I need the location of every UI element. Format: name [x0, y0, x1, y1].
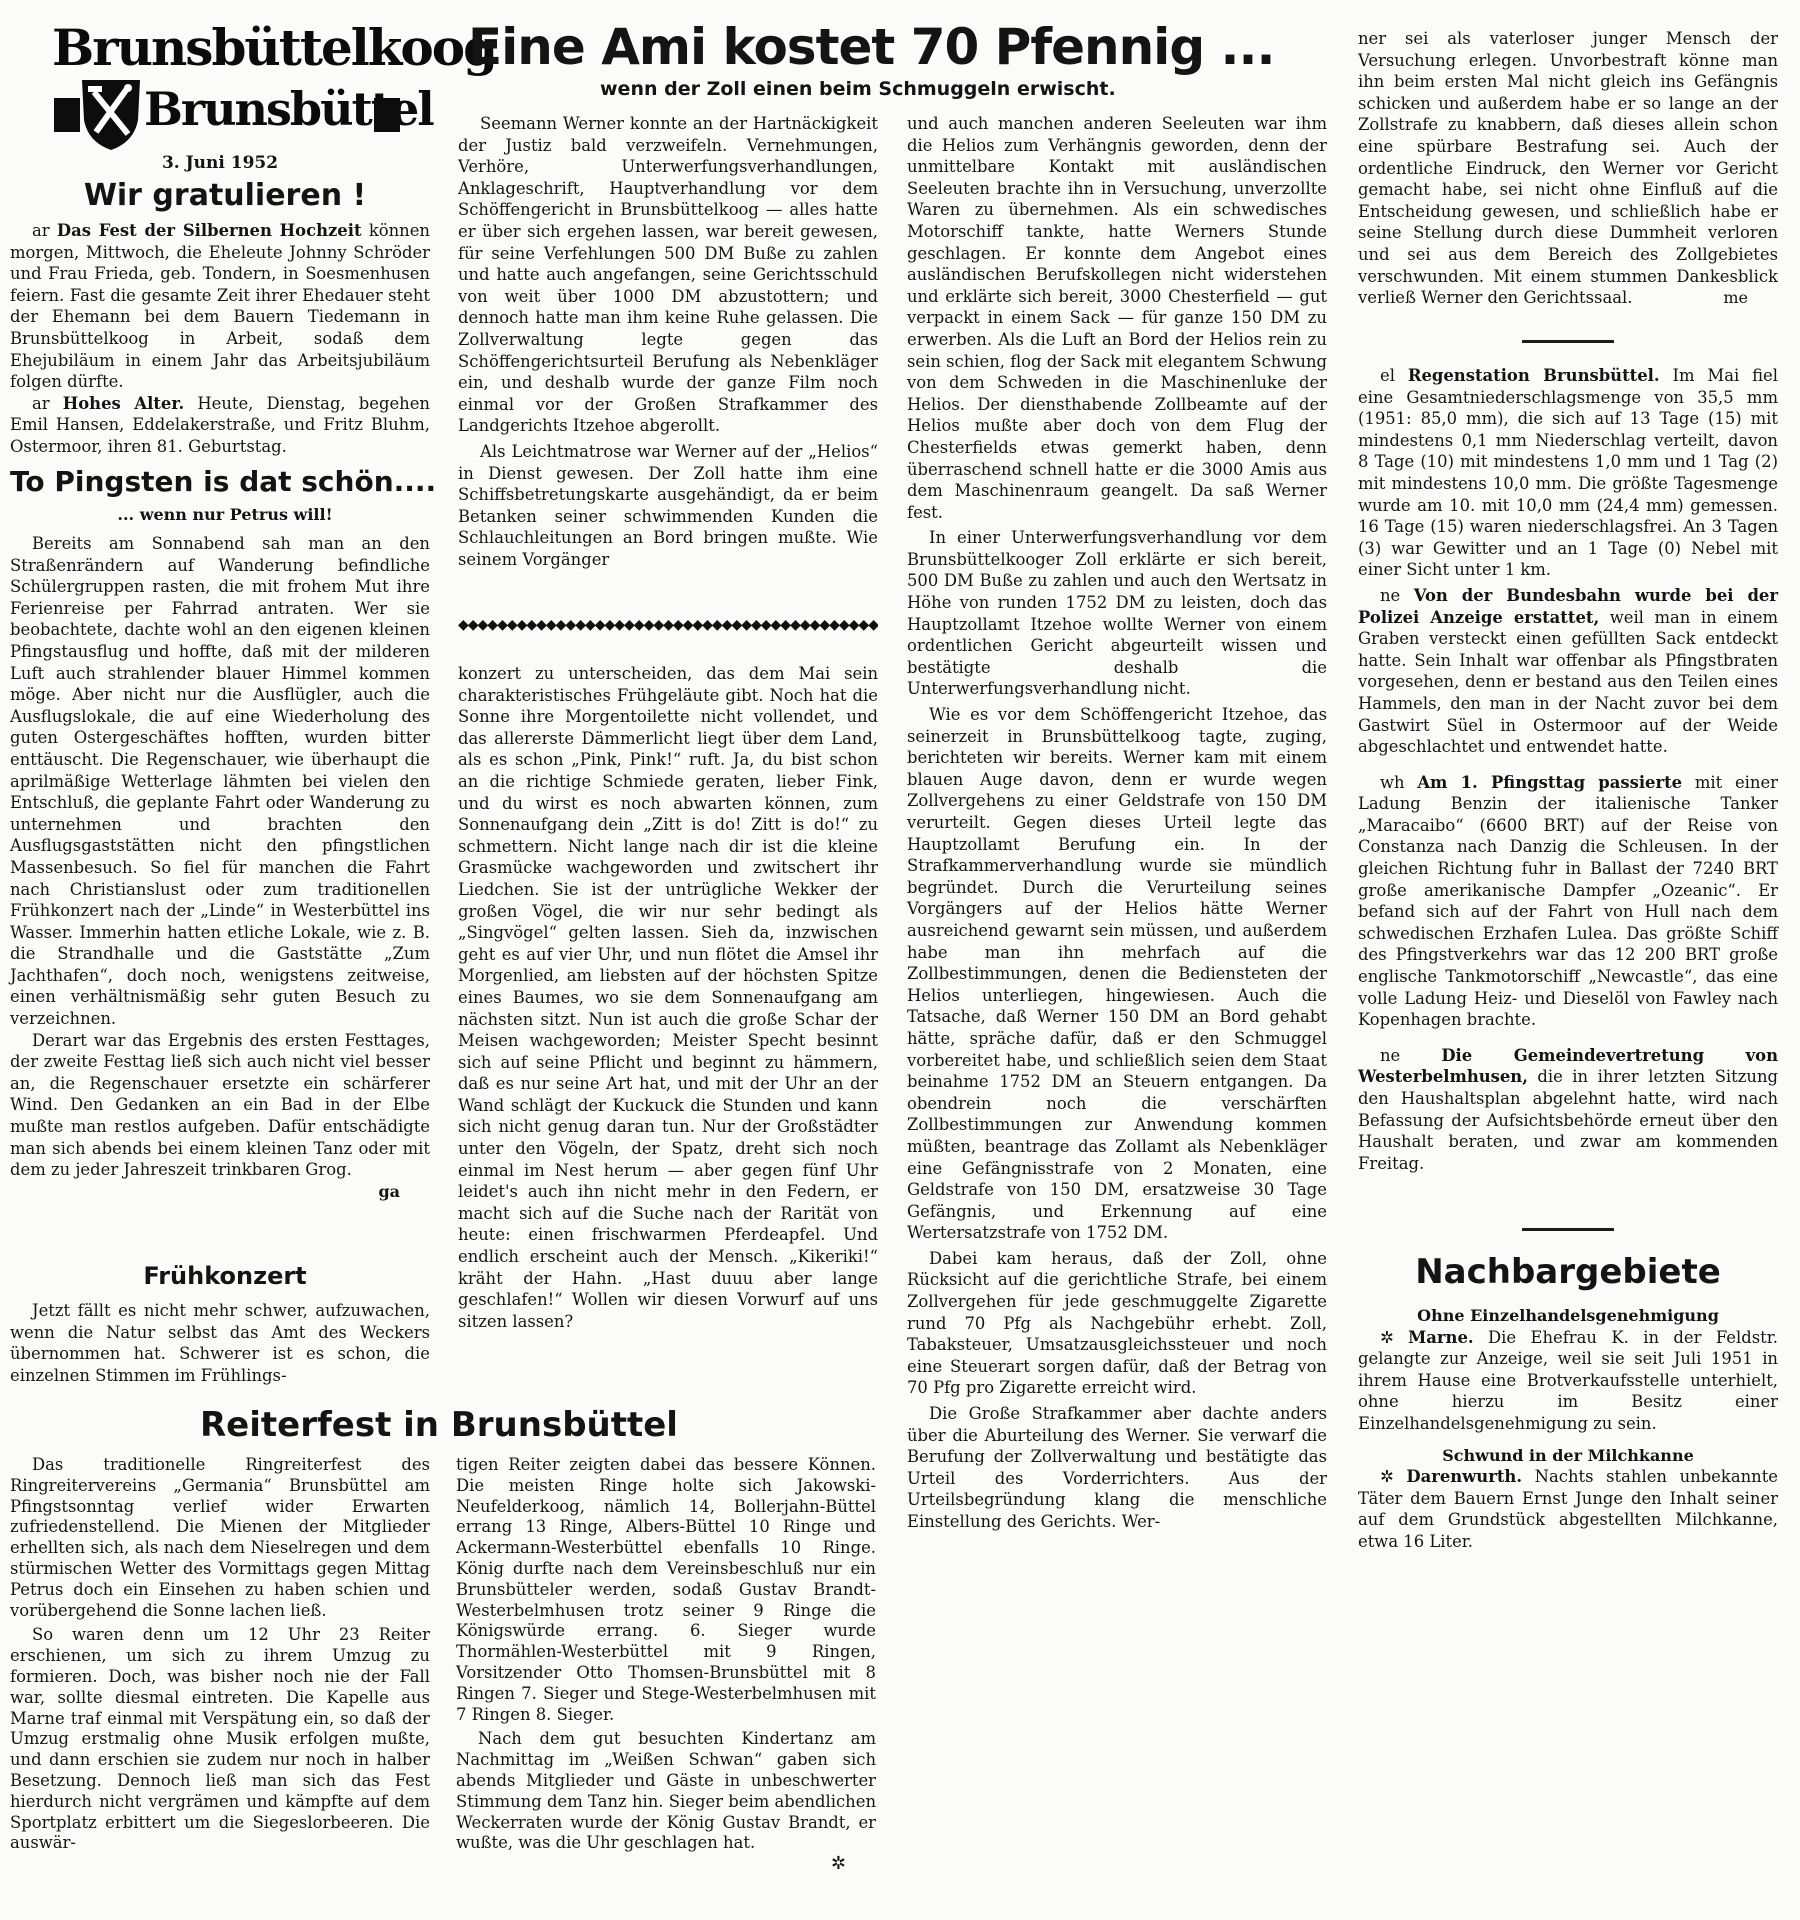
- ami-col-3: ner sei als vaterloser junger Mensch der…: [1358, 28, 1778, 308]
- end-mark-icon: ✲: [456, 1854, 876, 1875]
- local-news: el Regenstation Brunsbüttel. Im Mai fiel…: [1358, 365, 1778, 1174]
- diamond-divider: ◆◆◆◆◆◆◆◆◆◆◆◆◆◆◆◆◆◆◆◆◆◆◆◆◆◆◆◆◆◆◆◆◆◆◆◆◆◆◆◆…: [458, 617, 878, 633]
- headline-pingsten: To Pingsten is dat schön....: [10, 465, 440, 498]
- star-icon: ✲: [1380, 1328, 1394, 1347]
- article-paragraph: Derart war das Ergebnis des ersten Festt…: [10, 1030, 430, 1181]
- section-rule: [1522, 1228, 1614, 1231]
- ami-col-1: Seemann Werner konnte an der Hartnäckigk…: [458, 113, 878, 570]
- nachbar-body: Ohne Einzelhandelsgenehmigung ✲ Marne. D…: [1358, 1305, 1778, 1553]
- news-item: wh Am 1. Pfingsttag passierte mit einer …: [1358, 772, 1778, 1031]
- article-paragraph: und auch manchen anderen Seeleuten war i…: [907, 113, 1327, 523]
- fruehkonzert-body-part1: Jetzt fällt es nicht mehr schwer, aufzuw…: [10, 1300, 430, 1386]
- news-item: ne Von der Bundesbahn wurde bei der Poli…: [1358, 585, 1778, 758]
- banner-left: [54, 98, 80, 132]
- author-initials: ga: [10, 1181, 430, 1203]
- fruehkonzert-body-part2: konzert zu unterscheiden, das dem Mai se…: [458, 663, 878, 1332]
- headline-ami: Eine Ami kostet 70 Pfennig ...: [468, 18, 1338, 76]
- news-item: ✲ Marne. Die Ehefrau K. in der Feldstr. …: [1358, 1327, 1778, 1435]
- news-item: el Regenstation Brunsbüttel. Im Mai fiel…: [1358, 365, 1778, 581]
- masthead: Brunsbüttelkoog Brunsbüttel: [40, 18, 400, 148]
- news-item: ne Die Gemeindevertretung von Westerbelm…: [1358, 1045, 1778, 1175]
- gratulieren-body: ar Das Fest der Silbernen Hochzeit könne…: [10, 220, 430, 458]
- headline-nachbargebiete: Nachbargebiete: [1358, 1252, 1778, 1292]
- headline-reiterfest: Reiterfest in Brunsbüttel: [200, 1405, 720, 1445]
- pingsten-body: Bereits am Sonnabend sah man an den Stra…: [10, 533, 430, 1202]
- headline-fruehkonzert: Frühkonzert: [10, 1262, 440, 1290]
- news-subheading: Schwund in der Milchkanne: [1358, 1445, 1778, 1467]
- banner-right: [374, 98, 400, 132]
- subheadline-ami: wenn der Zoll einen beim Schmuggeln erwi…: [600, 78, 1200, 100]
- article-paragraph: Als Leichtmatrose war Werner auf der „He…: [458, 441, 878, 571]
- headline-gratulieren: Wir gratulieren !: [10, 178, 440, 213]
- article-paragraph: Seemann Werner konnte an der Hartnäckigk…: [458, 113, 878, 437]
- section-rule: [1522, 340, 1614, 343]
- issue-date: 3. Juni 1952: [40, 153, 400, 173]
- masthead-line-1: Brunsbüttelkoog: [52, 18, 392, 77]
- article-paragraph: Dabei kam heraus, daß der Zoll, ohne Rüc…: [907, 1248, 1327, 1399]
- article-paragraph: Bereits am Sonnabend sah man an den Stra…: [10, 533, 430, 1030]
- article-paragraph: konzert zu unterscheiden, das dem Mai se…: [458, 663, 878, 1332]
- article-paragraph: Nach dem gut besuchten Kindertanz am Nac…: [456, 1729, 876, 1854]
- article-paragraph: Jetzt fällt es nicht mehr schwer, aufzuw…: [10, 1300, 430, 1386]
- subheadline-pingsten: ... wenn nur Petrus will!: [10, 505, 440, 524]
- star-icon: ✲: [1380, 1467, 1394, 1486]
- ami-col-2: und auch manchen anderen Seeleuten war i…: [907, 113, 1327, 1533]
- gratulieren-item: ar Das Fest der Silbernen Hochzeit könne…: [10, 220, 430, 393]
- article-paragraph: So waren denn um 12 Uhr 23 Reiter erschi…: [10, 1625, 430, 1854]
- reiterfest-col-2: tigen Reiter zeigten dabei das bessere K…: [456, 1455, 876, 1875]
- article-paragraph: Die Große Strafkammer aber dachte anders…: [907, 1403, 1327, 1533]
- article-paragraph: Wie es vor dem Schöffengericht Itzehoe, …: [907, 704, 1327, 1244]
- coat-of-arms-icon: [78, 74, 144, 152]
- article-paragraph: Das traditionelle Ringreiterfest des Rin…: [10, 1455, 430, 1621]
- article-paragraph: tigen Reiter zeigten dabei das bessere K…: [456, 1455, 876, 1725]
- gratulieren-item: ar Hohes Alter. Heute, Dienstag, begehen…: [10, 393, 430, 458]
- news-item: ✲ Darenwurth. Nachts stahlen unbekannte …: [1358, 1466, 1778, 1552]
- article-paragraph: In einer Unterwerfungsverhandlung vor de…: [907, 527, 1327, 700]
- news-subheading: Ohne Einzelhandelsgenehmigung: [1358, 1305, 1778, 1327]
- article-paragraph: ner sei als vaterloser junger Mensch der…: [1358, 28, 1778, 309]
- reiterfest-col-1: Das traditionelle Ringreiterfest des Rin…: [10, 1455, 430, 1854]
